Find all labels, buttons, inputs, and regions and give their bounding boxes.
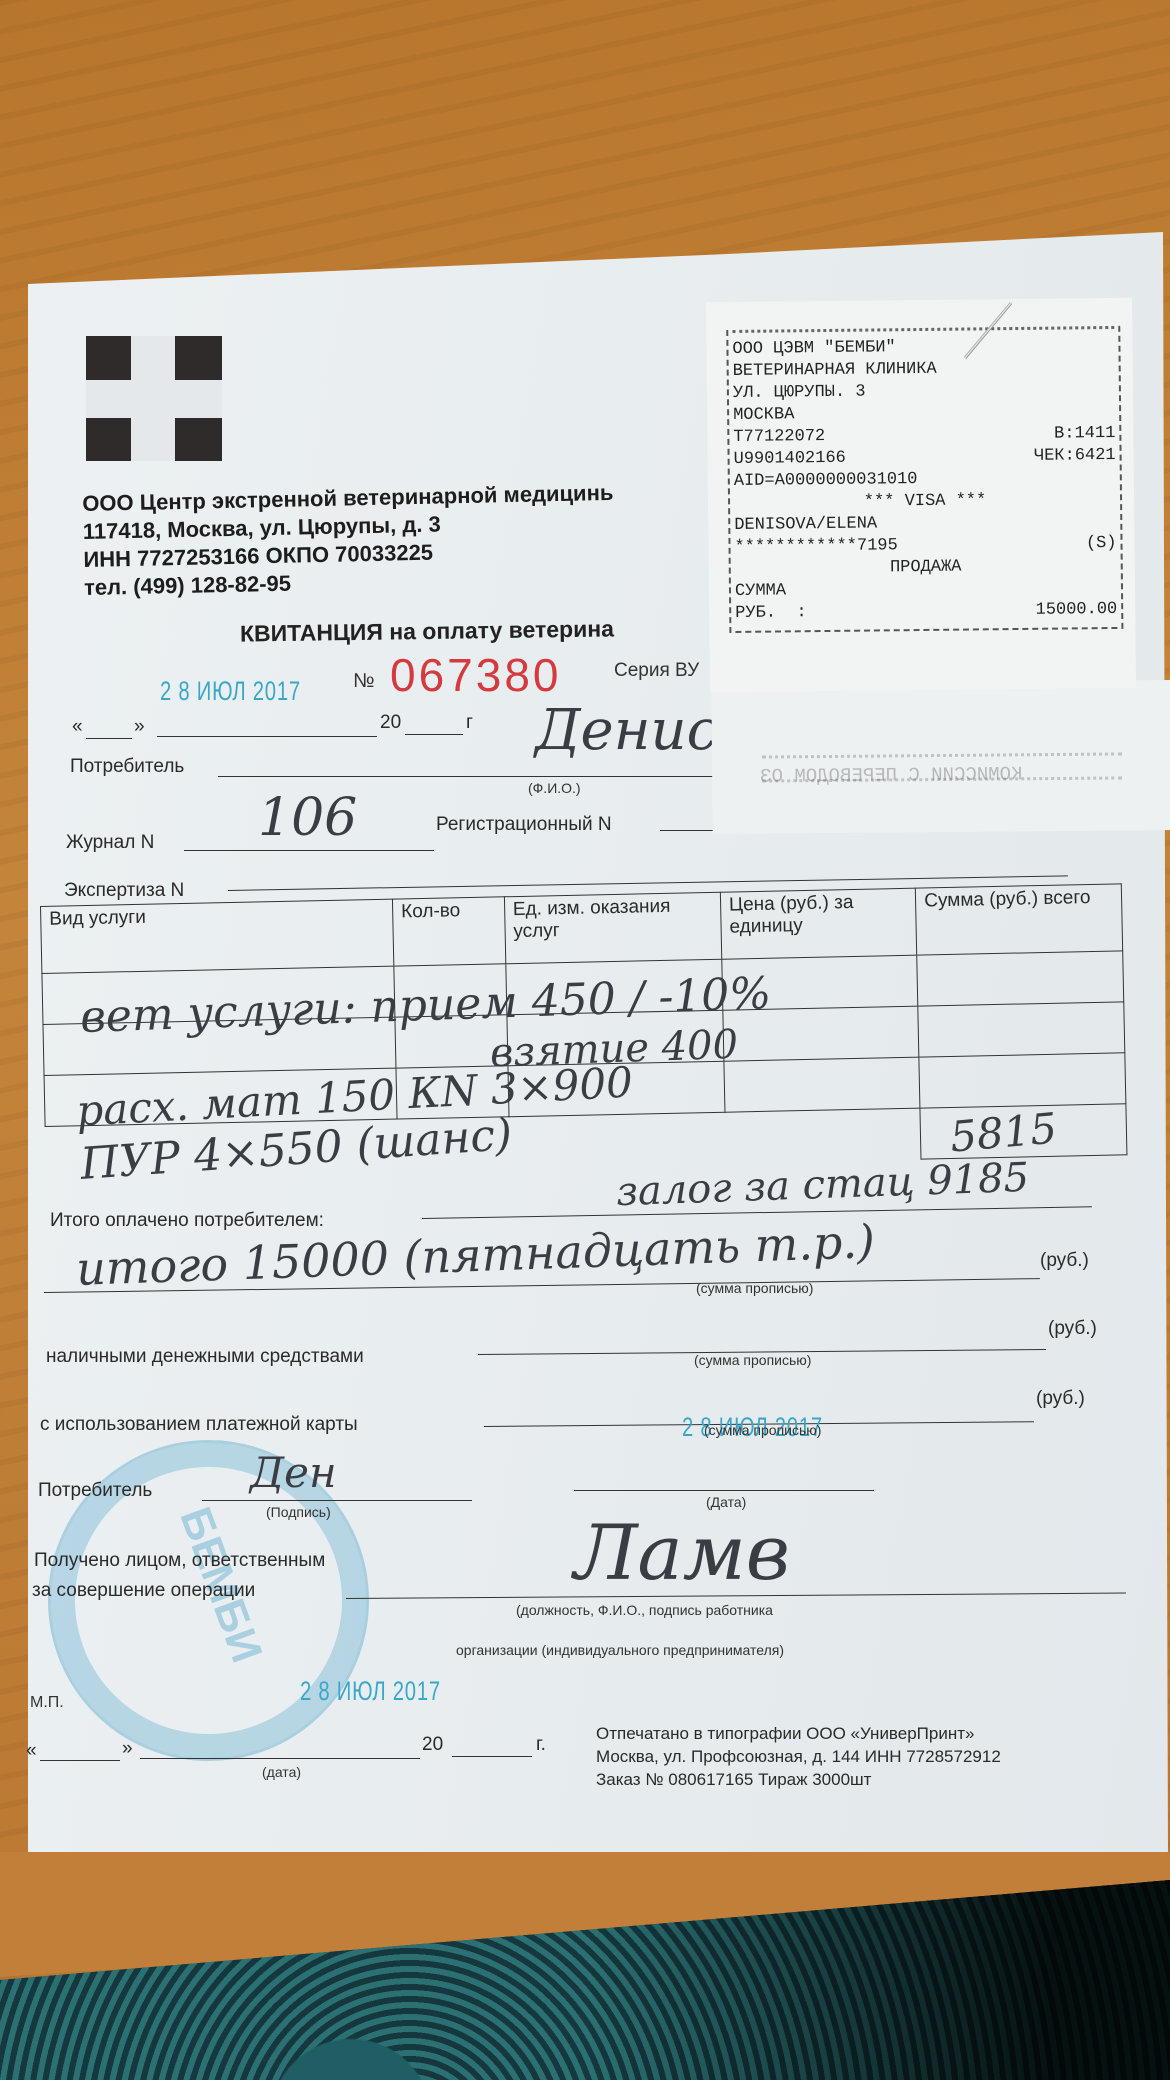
receipt-line-left: ВЕТЕРИНАРНАЯ КЛИНИКА <box>733 359 937 383</box>
amount-words-hint: (сумма прописью) <box>696 1280 813 1296</box>
date-field[interactable] <box>574 1490 874 1491</box>
receipt-line-left: DENISOVA/ELENA <box>734 513 877 536</box>
receipt-line-right: (S) <box>1086 533 1117 555</box>
date-month-field[interactable] <box>157 736 377 737</box>
bleedthrough-text: КОМИССИИ С ПЕРЕВОДОМ ОЗ <box>760 763 1022 787</box>
printer-line-3: Заказ № 080617165 Тираж 3000шт <box>596 1768 1001 1791</box>
signature-hint: (Подпись) <box>266 1504 331 1520</box>
cross-icon <box>86 336 222 461</box>
date-year-suffix: г <box>466 712 473 734</box>
receipt-line-right: B:1411 <box>1054 423 1115 446</box>
card-hint: (сумма прописью) <box>704 1422 821 1438</box>
date-year-prefix: 20 <box>380 712 401 734</box>
receipt-line-left: РУБ. : <box>735 602 807 625</box>
handwritten-total: 5815 <box>948 1103 1059 1161</box>
card-label: с использованием платежной карты <box>40 1414 358 1436</box>
printer-info: Отпечатано в типографии ООО «УниверПринт… <box>596 1722 1001 1791</box>
bottom-date-open-quote: « <box>26 1740 37 1762</box>
bottom-date-close-quote: » <box>122 1738 133 1760</box>
receipt-line-left: T77122072 <box>733 426 825 449</box>
consumer-handwritten: Денис <box>535 698 718 763</box>
organization-header: ООО Центр экстренной ветеринарной медици… <box>82 479 615 602</box>
bottom-date-day-field[interactable] <box>40 1760 120 1761</box>
receipt-line-left: УЛ. ЦЮРУПЫ. 3 <box>733 382 866 405</box>
receipt-line-right: ЧЕК:6421 <box>1034 445 1116 468</box>
cash-hint: (сумма прописью) <box>694 1352 811 1368</box>
date-year-field[interactable] <box>405 734 463 735</box>
col-quantity: Кол-во <box>392 897 505 966</box>
col-service-type: Вид услуги <box>41 899 394 973</box>
consumer-signature: Ден <box>250 1448 337 1497</box>
date-open-quote: « <box>72 716 83 738</box>
consumer-label: Потребитель <box>70 756 184 778</box>
registration-label: Регистрационный N <box>436 814 612 836</box>
received-by-label-1: Получено лицом, ответственным <box>34 1550 325 1572</box>
col-unit-price: Цена (руб.) за единицу <box>720 888 917 959</box>
col-total: Сумма (руб.) всего <box>916 884 1123 955</box>
receipt-line-left: ************7195 <box>734 535 897 559</box>
printer-line-1: Отпечатано в типографии ООО «УниверПринт… <box>596 1722 1001 1745</box>
receipt-lines: ООО ЦЭВМ "БЕМБИ"ВЕТЕРИНАРНАЯ КЛИНИКАУЛ. … <box>726 326 1123 633</box>
journal-field[interactable] <box>184 850 434 851</box>
expertise-label: Экспертиза N <box>64 880 184 902</box>
bottom-date-year-field[interactable] <box>452 1756 532 1757</box>
employee-hint-2: организации (индивидуального предпринима… <box>456 1642 784 1658</box>
consumer-hint: (Ф.И.О.) <box>528 780 581 796</box>
receipt-line-right: 15000.00 <box>1035 599 1117 622</box>
cash-rub-label: (руб.) <box>1048 1318 1097 1340</box>
consumer-signature-field[interactable] <box>202 1500 472 1501</box>
col-unit: Ед. изм. оказания услуг <box>504 892 722 964</box>
receipt-line-left: СУММА <box>735 580 786 603</box>
receipt-line-left: AID=A0000000031010 <box>734 469 918 493</box>
date-day-field[interactable] <box>86 738 132 739</box>
bottom-date-hint: (дата) <box>262 1764 301 1780</box>
seal-date-stamp: 2 8 ИЮЛ 2017 <box>300 1676 441 1707</box>
second-receipt-slip: КОМИССИИ С ПЕРЕВОДОМ ОЗ <box>711 680 1170 834</box>
total-paid-label: Итого оплачено потребителем: <box>50 1210 324 1232</box>
date-close-quote: » <box>134 716 145 738</box>
card-payment-receipt: ООО ЦЭВМ "БЕМБИ"ВЕТЕРИНАРНАЯ КЛИНИКАУЛ. … <box>706 298 1136 692</box>
consumer-signature-label: Потребитель <box>38 1480 152 1502</box>
seal-place-label: М.П. <box>30 1694 64 1712</box>
card-rub-label: (руб.) <box>1036 1388 1085 1410</box>
journal-handwritten: 106 <box>258 788 357 848</box>
receipt-line-left: U9901402166 <box>734 448 846 471</box>
receipt-line-left: ООО ЦЭВМ "БЕМБИ" <box>732 337 895 361</box>
bottom-year-suffix: г. <box>536 1734 546 1756</box>
date-stamp: 2 8 ИЮЛ 2017 <box>160 676 301 707</box>
receipt-line-left: МОСКВА <box>733 404 794 427</box>
bottom-year-prefix: 20 <box>422 1734 443 1756</box>
number-sign: № <box>353 670 374 693</box>
employee-signature: Ламв <box>574 1508 790 1597</box>
employee-hint: (должность, Ф.И.О., подпись работника <box>516 1602 773 1618</box>
journal-label: Журнал N <box>66 832 154 854</box>
bottom-date-month-field[interactable] <box>140 1758 420 1759</box>
receipt-number: 067380 <box>390 648 562 702</box>
rub-label: (руб.) <box>1040 1250 1089 1272</box>
form-title: КВИТАНЦИЯ на оплату ветерина <box>240 615 614 647</box>
printer-line-2: Москва, ул. Профсоюзная, д. 144 ИНН 7728… <box>596 1745 1001 1768</box>
cash-label: наличными денежными средствами <box>46 1346 364 1368</box>
series-label: Серия ВУ <box>614 660 699 682</box>
received-by-label-2: за совершение операции <box>32 1580 255 1602</box>
receipt-line: РУБ. :15000.00 <box>735 599 1117 625</box>
consumer-field[interactable] <box>218 776 718 777</box>
receipt-line: U9901402166ЧЕК:6421 <box>734 445 1116 471</box>
